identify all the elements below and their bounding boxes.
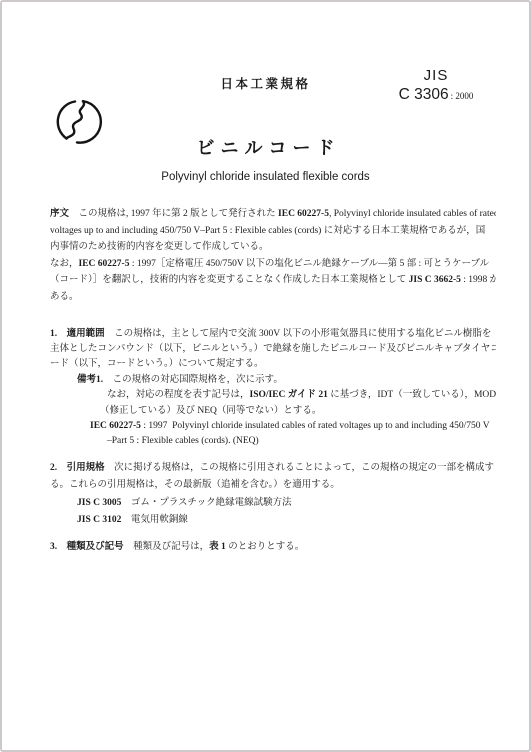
text-line: （コード）］を翻訳し，技術的内容を変更することなく作成した日本工業規格として J… <box>50 272 496 289</box>
text-line: 内事情のため技術的内容を変更して作成している。 <box>50 239 496 256</box>
text-line: IEC 60227-5 : 1997 Polyvinyl chloride in… <box>50 419 496 434</box>
text-line: 備考1. この規格の対応国際規格を，次に示す。 <box>50 373 496 388</box>
standard-number-line: C 3306: 2000 <box>392 86 480 104</box>
text-line: 主体としたコンパウンド（以下，ビニルという。）で絶縁を施したビニルコード及びビニ… <box>50 342 496 357</box>
text-line: JIS C 3005 ゴム・プラスチック絶縁電線試験方法 <box>50 495 496 513</box>
preface-paragraph: 序文 この規格は, 1997 年に第 2 版として発行された IEC 60227… <box>50 206 496 306</box>
text-line: ード（以下，コードという。）について規定する。 <box>50 357 496 372</box>
text-line: 2. 引用規格 次に掲げる規格は，この規格に引用されることによって，この規格の規… <box>50 460 496 478</box>
section-scope: 1. 適用範囲 この規格は，主として屋内で交流 300V 以下の小形電気器具に使… <box>50 327 496 450</box>
section-normative-references: 2. 引用規格 次に掲げる規格は，この規格に引用されることによって，この規格の規… <box>50 460 496 530</box>
text-line: 3. 種類及び記号 種類及び記号は，表 1 のとおりとする。 <box>50 539 496 555</box>
document-title: ビニルコード <box>2 134 529 160</box>
standard-number: C 3306 <box>399 86 449 103</box>
section-types-and-symbols: 3. 種類及び記号 種類及び記号は，表 1 のとおりとする。 <box>50 539 496 555</box>
text-line: voltages up to and including 450/750 V–P… <box>50 223 496 240</box>
document-subtitle-en: Polyvinyl chloride insulated flexible co… <box>2 171 529 183</box>
document-page: 日本工業規格 JIS C 3306: 2000 ビニルコード Polyvinyl… <box>0 0 531 752</box>
text-line: （修正している）及び NEQ（同等でない）とする。 <box>50 404 496 419</box>
text-line: 1. 適用範囲 この規格は，主として屋内で交流 300V 以下の小形電気器具に使… <box>50 327 496 342</box>
document-body: 序文 この規格は, 1997 年に第 2 版として発行された IEC 60227… <box>50 206 496 555</box>
text-line: る。これらの引用規格は，その最新版（追補を含む。）を適用する。 <box>50 477 496 495</box>
text-line: JIS C 3102 電気用軟銅線 <box>50 512 496 530</box>
text-line: なお，IEC 60227-5 : 1997［定格電圧 450/750V 以下の塩… <box>50 256 496 273</box>
standard-year: : 2000 <box>451 91 474 101</box>
text-line: なお，対応の程度を表す記号は，ISO/IEC ガイド 21 に基づき，IDT（一… <box>50 388 496 403</box>
text-line: 序文 この規格は, 1997 年に第 2 版として発行された IEC 60227… <box>50 206 496 223</box>
standard-designation: JIS C 3306: 2000 <box>392 67 480 104</box>
text-line: –Part 5 : Flexible cables (cords). (NEQ) <box>50 434 496 449</box>
text-line: ある。 <box>50 289 496 306</box>
jis-label: JIS <box>392 67 480 84</box>
